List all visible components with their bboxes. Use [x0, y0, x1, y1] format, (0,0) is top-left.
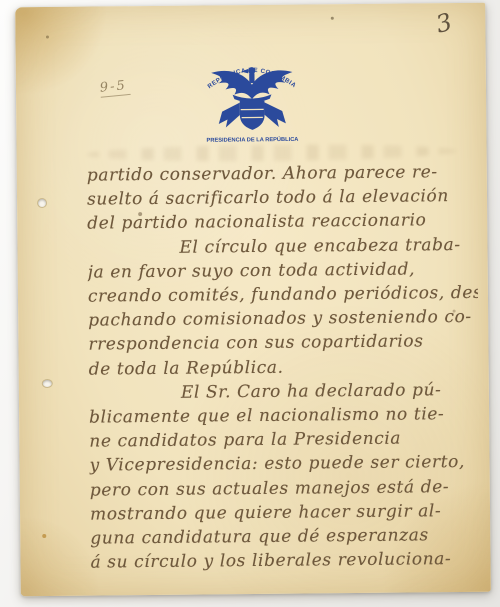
foxing-specks — [15, 7, 17, 9]
presidential-seal: REPÚBLICA DE COLOMBIA PRESIDENCIA DE LA … — [199, 52, 306, 145]
manuscript-line: de toda la República. — [89, 353, 479, 381]
manuscript-line: guna candidatura que dé esperanzas — [90, 523, 480, 551]
manuscript-line: suelto á sacrificarlo todo á la elevació… — [87, 184, 477, 212]
right-flags-icon — [264, 102, 285, 127]
seal-caption: PRESIDENCIA DE LA REPÚBLICA — [207, 136, 299, 144]
manuscript-line: pero con sus actuales manejos está de- — [90, 474, 480, 502]
manuscript-line: rrespondencia con sus copartidarios — [88, 329, 478, 357]
pencil-annotation: 9-5 — [99, 79, 130, 98]
photo-background: 3 9-5 REPÚBLICA DE COLOMBIA — [0, 0, 500, 607]
punch-hole — [43, 380, 52, 387]
manuscript-line: á su círculo y los liberales revoluciona… — [90, 547, 480, 575]
manuscript-line: pachando comisionados y sosteniendo co- — [88, 305, 478, 333]
page-number: 3 — [433, 10, 454, 37]
condor-body-icon — [249, 72, 254, 83]
manuscript-line: ne candidatos para la Presidencia — [89, 426, 479, 454]
manuscript-line: El Sr. Caro ha declarado pú- — [89, 378, 479, 406]
document-page: 3 9-5 REPÚBLICA DE COLOMBIA — [15, 3, 491, 596]
manuscript-line: y Vicepresidencia: esto puede ser cierto… — [89, 450, 479, 478]
manuscript-line: del partido nacionalista reaccionario — [87, 208, 477, 236]
manuscript-line: ja en favor suyo con toda actividad, — [88, 257, 478, 285]
manuscript-line: blicamente que el nacionalismo no tie- — [89, 402, 479, 430]
manuscript-line: El círculo que encabeza traba- — [87, 232, 477, 260]
manuscript-line: mostrando que quiere hacer surgir al- — [90, 499, 480, 527]
left-flags-icon — [219, 103, 240, 128]
shield-icon — [240, 101, 265, 130]
manuscript-line: creando comités, fundando periódicos, de… — [88, 281, 478, 309]
coat-of-arms-icon: REPÚBLICA DE COLOMBIA PRESIDENCIA DE LA … — [199, 52, 306, 145]
punch-hole — [38, 199, 46, 207]
manuscript-line: partido conservador. Ahora parece re- — [87, 160, 477, 188]
manuscript-text: partido conservador. Ahora parece re-sue… — [87, 160, 481, 588]
